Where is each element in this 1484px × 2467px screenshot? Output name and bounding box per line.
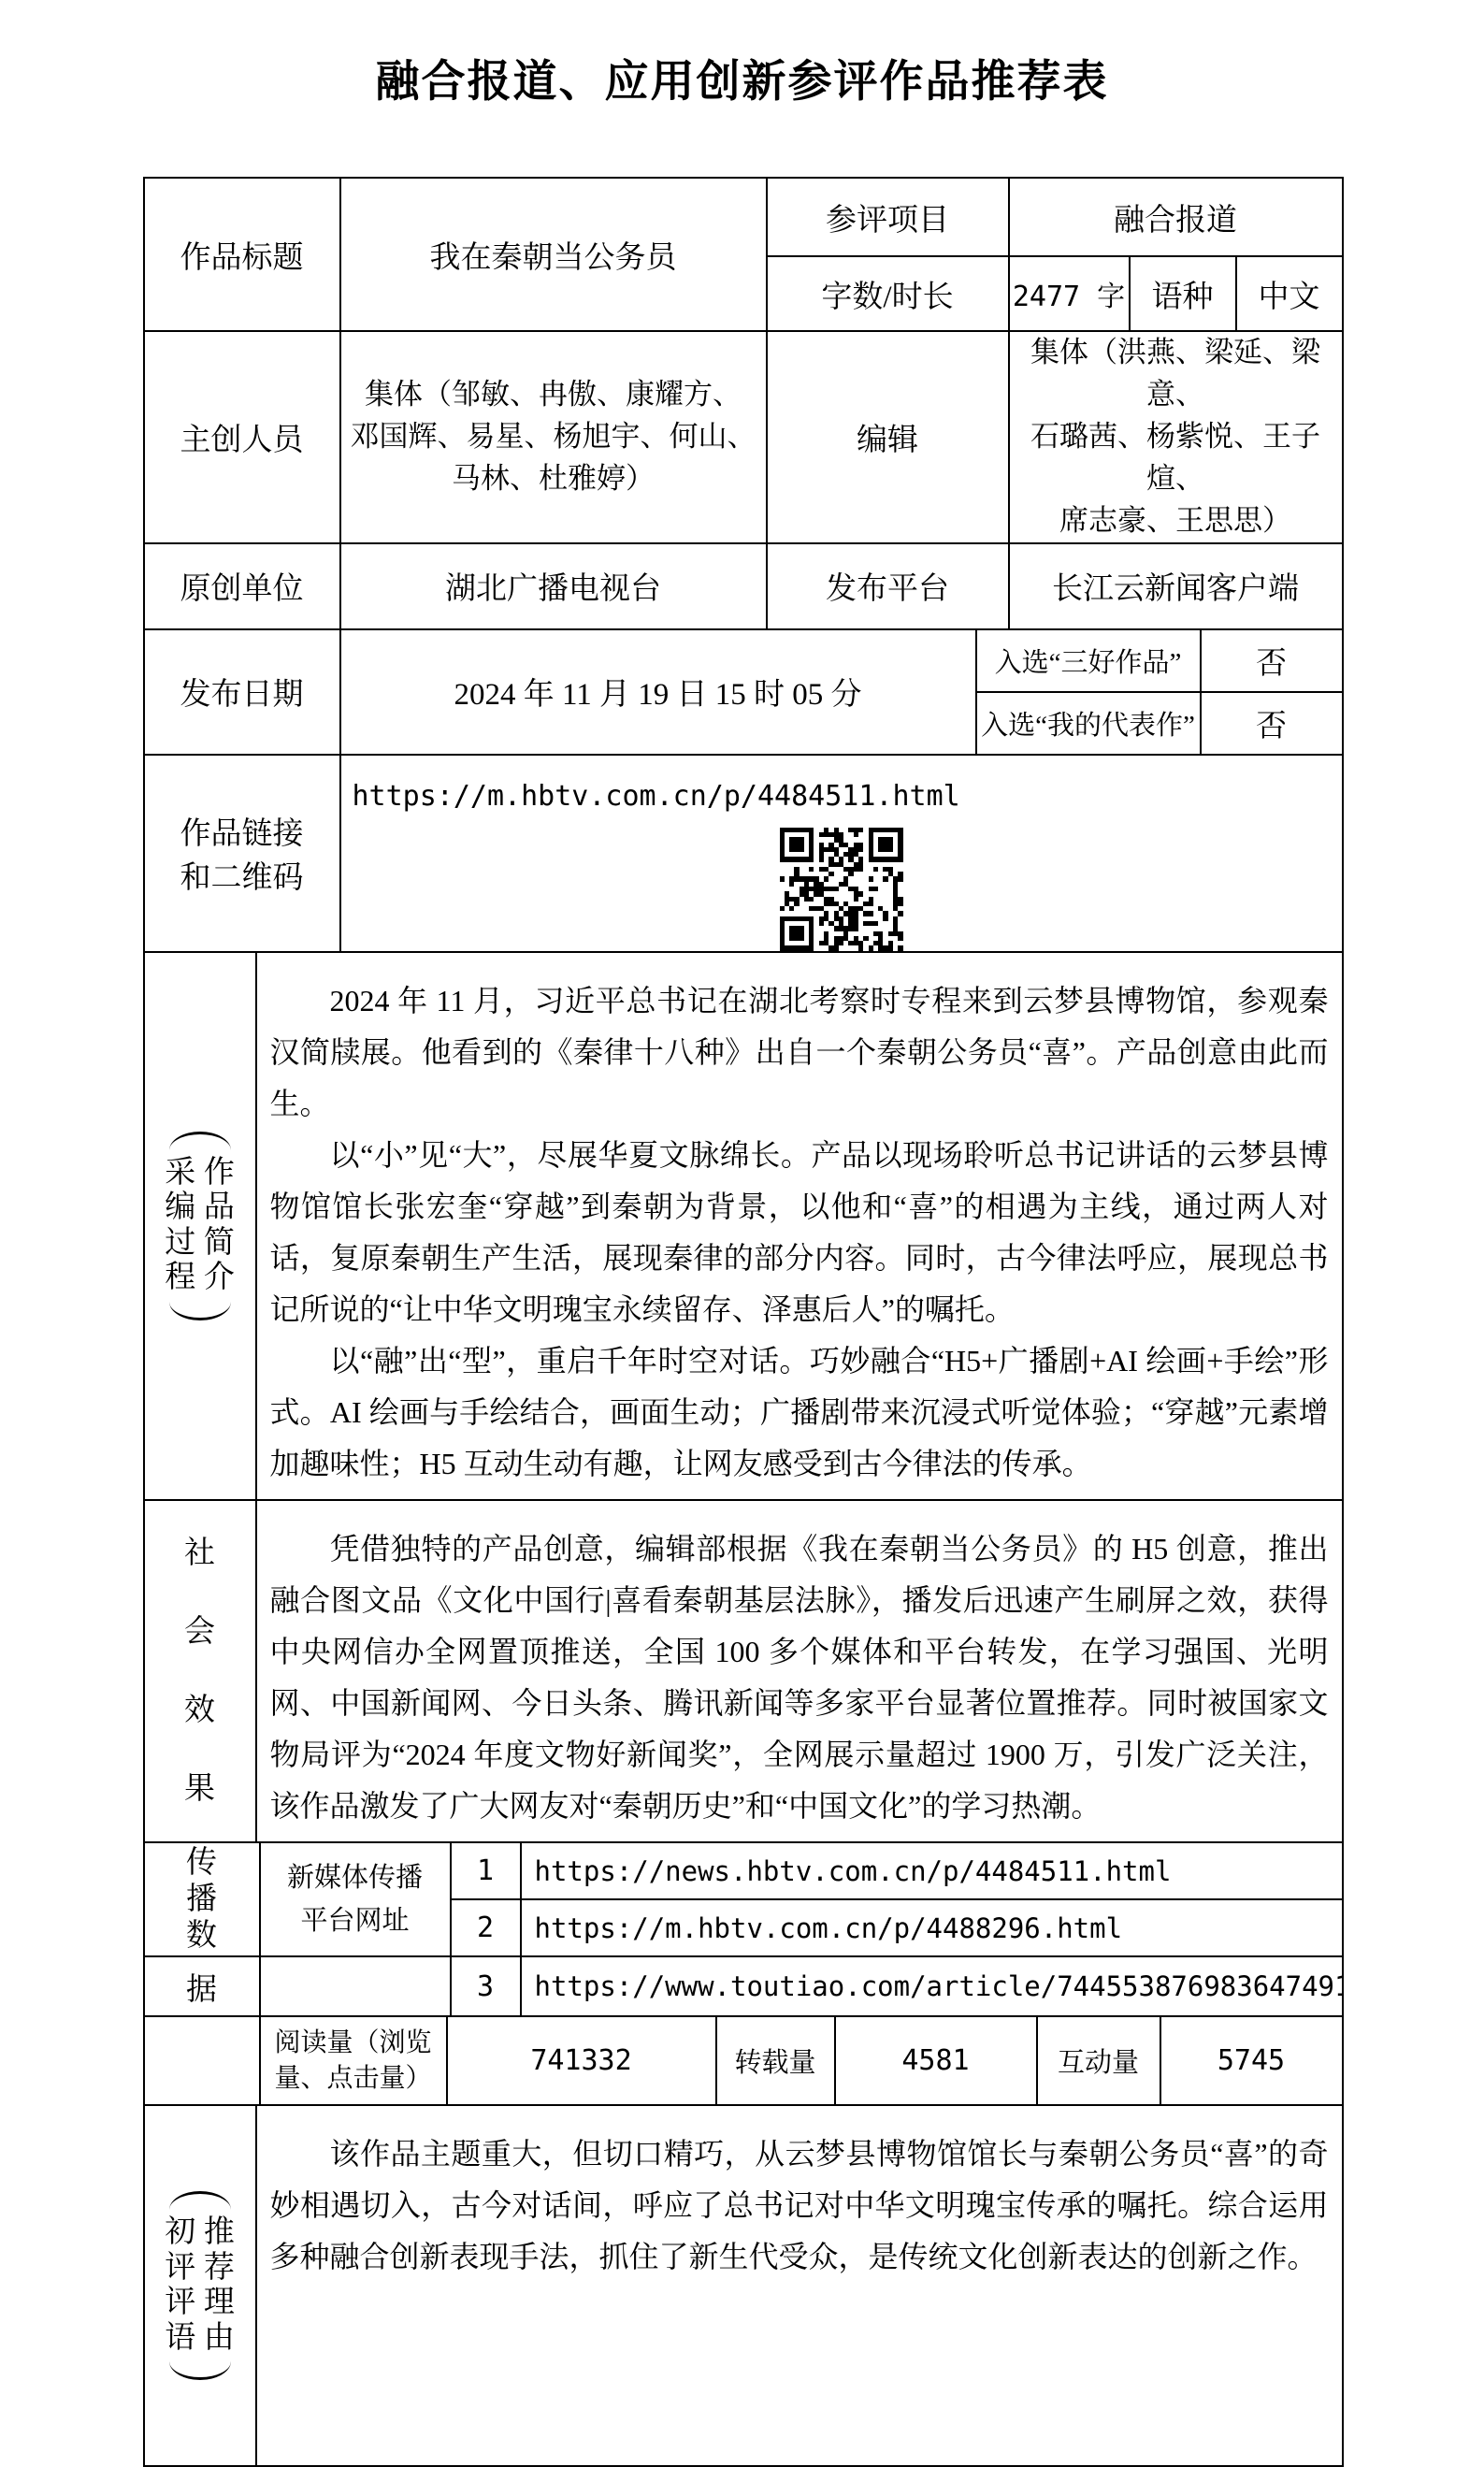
band-work-link: 作品链接 和二维码 https://m.hbtv.com.cn/p/448451… xyxy=(143,754,1344,953)
spread-row-2-url: https://m.hbtv.com.cn/p/4488296.html xyxy=(521,1899,1343,1956)
repost-count-value: 4581 xyxy=(835,2016,1037,2105)
creators-label: 主创人员 xyxy=(144,331,340,543)
review-label-cell: 初评评语 推荐理由 xyxy=(144,2105,256,2466)
origin-unit-label: 原创单位 xyxy=(144,543,340,629)
spread-row-3-no: 3 xyxy=(451,1956,521,2016)
entry-category-value: 融合报道 xyxy=(1009,178,1343,256)
work-title-label: 作品标题 xyxy=(144,178,340,331)
qr-code xyxy=(780,828,903,951)
band-spread-urls: 传播数 新媒体传播 平台网址 1 https://news.hbtv.com.c… xyxy=(143,1841,1344,1957)
work-link-cell: https://m.hbtv.com.cn/p/4484511.html xyxy=(340,755,1343,952)
review-label-left: 初评评语 xyxy=(164,2215,197,2356)
band-intro: 采编过程 作品简介 2024 年 11 月，习近平总书记在湖北考察时专程来到云梦… xyxy=(143,951,1344,1501)
word-count-value: 2477 字 xyxy=(1009,256,1130,331)
spread-label-top-cell: 传播数 xyxy=(144,1842,260,1956)
word-count-label: 字数/时长 xyxy=(767,256,1009,331)
publish-platform-label: 发布平台 xyxy=(767,543,1009,629)
spread-row-3-url: https://www.toutiao.com/article/74455387… xyxy=(521,1956,1343,2016)
publish-platform-value: 长江云新闻客户端 xyxy=(1009,543,1343,629)
interact-count-value: 5745 xyxy=(1160,2016,1343,2105)
social-effect-label-cell: 社会效果 xyxy=(144,1500,256,1842)
publish-date-value: 2024 年 11 月 19 日 15 时 05 分 xyxy=(340,629,976,755)
page-title: 融合报道、应用创新参评作品推荐表 xyxy=(0,0,1484,109)
social-effect-text: 凭借独特的产品创意，编辑部根据《我在秦朝当公务员》的 H5 创意，推出融合图文品… xyxy=(270,1523,1329,1832)
editor-label: 编辑 xyxy=(767,331,1009,543)
intro-label-left: 采编过程 xyxy=(164,1156,197,1296)
intro-paragraph-3: 以“融”出“型”，重启千年时空对话。巧妙融合“H5+广播剧+AI 绘画+手绘”形… xyxy=(270,1335,1329,1490)
language-label: 语种 xyxy=(1130,256,1236,331)
intro-text-cell: 2024 年 11 月，习近平总书记在湖北考察时专程来到云梦县博物馆，参观秦汉简… xyxy=(256,952,1343,1500)
metrics-left-empty-cell xyxy=(144,2016,260,2105)
spread-label-bottom: 据 xyxy=(144,1956,260,2016)
entry-category-label: 参评项目 xyxy=(767,178,1009,256)
three-good-value: 否 xyxy=(1201,629,1343,692)
band-spread-url-3: 据 3 https://www.toutiao.com/article/7445… xyxy=(143,1955,1344,2017)
three-good-label: 入选“三好作品” xyxy=(976,629,1201,692)
band-social-effect: 社会效果 凭借独特的产品创意，编辑部根据《我在秦朝当公务员》的 H5 创意，推出… xyxy=(143,1499,1344,1843)
band-origin-unit: 原创单位 湖北广播电视台 发布平台 长江云新闻客户端 xyxy=(143,542,1344,630)
recommendation-table: 作品标题 我在秦朝当公务员 参评项目 融合报道 字数/时长 2477 字 语种 … xyxy=(143,177,1342,2467)
work-title-value: 我在秦朝当公务员 xyxy=(340,178,767,331)
creators-value: 集体（邹敏、冉傲、康耀方、 邓国辉、易星、杨旭宇、何山、 马林、杜雅婷） xyxy=(340,331,767,543)
representative-value: 否 xyxy=(1201,692,1343,755)
editor-value: 集体（洪燕、梁延、梁意、 石璐茜、杨紫悦、王子煊、 席志豪、王思思） xyxy=(1009,331,1343,543)
repost-count-label: 转载量 xyxy=(716,2016,835,2105)
document-page: 融合报道、应用创新参评作品推荐表 作品标题 我在秦朝当公务员 参评项目 融合报道… xyxy=(0,0,1484,2457)
spread-empty-cell xyxy=(260,1956,451,2016)
band-creators: 主创人员 集体（邹敏、冉傲、康耀方、 邓国辉、易星、杨旭宇、何山、 马林、杜雅婷… xyxy=(143,330,1344,544)
band-publish-date: 发布日期 2024 年 11 月 19 日 15 时 05 分 入选“三好作品”… xyxy=(143,628,1344,756)
close-paren-icon xyxy=(169,1302,231,1320)
band-work-title: 作品标题 我在秦朝当公务员 参评项目 融合报道 字数/时长 2477 字 语种 … xyxy=(143,177,1344,332)
open-paren-icon xyxy=(169,1132,231,1150)
review-text-cell: 该作品主题重大，但切口精巧，从云梦县博物馆馆长与秦朝公务员“喜”的奇妙相遇切入，… xyxy=(256,2105,1343,2466)
spread-row-2-no: 2 xyxy=(451,1899,521,1956)
publish-date-label: 发布日期 xyxy=(144,629,340,755)
intro-paragraph-1: 2024 年 11 月，习近平总书记在湖北考察时专程来到云梦县博物馆，参观秦汉简… xyxy=(270,975,1329,1130)
social-effect-label: 社会效果 xyxy=(183,1514,217,1829)
close-paren-icon xyxy=(169,2361,231,2380)
interact-count-label: 互动量 xyxy=(1037,2016,1160,2105)
spread-row-1-no: 1 xyxy=(451,1842,521,1899)
work-link-url: https://m.hbtv.com.cn/p/4484511.html xyxy=(341,756,1342,813)
open-paren-icon xyxy=(169,2191,231,2210)
spread-label-top: 传播数 xyxy=(185,1845,219,1955)
intro-label-right: 作品简介 xyxy=(203,1156,237,1296)
spread-platform-label: 新媒体传播 平台网址 xyxy=(260,1842,451,1956)
origin-unit-value: 湖北广播电视台 xyxy=(340,543,767,629)
review-text: 该作品主题重大，但切口精巧，从云梦县博物馆馆长与秦朝公务员“喜”的奇妙相遇切入，… xyxy=(270,2128,1329,2283)
representative-label: 入选“我的代表作” xyxy=(976,692,1201,755)
intro-paragraph-2: 以“小”见“大”，尽展华夏文脉绵长。产品以现场聆听总书记讲话的云梦县博物馆馆长张… xyxy=(270,1130,1329,1335)
social-effect-text-cell: 凭借独特的产品创意，编辑部根据《我在秦朝当公务员》的 H5 创意，推出融合图文品… xyxy=(256,1500,1343,1842)
band-metrics: 阅读量（浏览 量、点击量） 741332 转载量 4581 互动量 5745 xyxy=(143,2015,1344,2106)
review-label-right: 推荐理由 xyxy=(203,2215,237,2356)
spread-row-1-url: https://news.hbtv.com.cn/p/4484511.html xyxy=(521,1842,1343,1899)
intro-label-cell: 采编过程 作品简介 xyxy=(144,952,256,1500)
language-value: 中文 xyxy=(1236,256,1343,331)
read-count-value: 741332 xyxy=(447,2016,716,2105)
work-link-label: 作品链接 和二维码 xyxy=(144,755,340,952)
read-count-label: 阅读量（浏览 量、点击量） xyxy=(260,2016,447,2105)
band-review: 初评评语 推荐理由 该作品主题重大，但切口精巧，从云梦县博物馆馆长与秦朝公务员“… xyxy=(143,2104,1344,2467)
